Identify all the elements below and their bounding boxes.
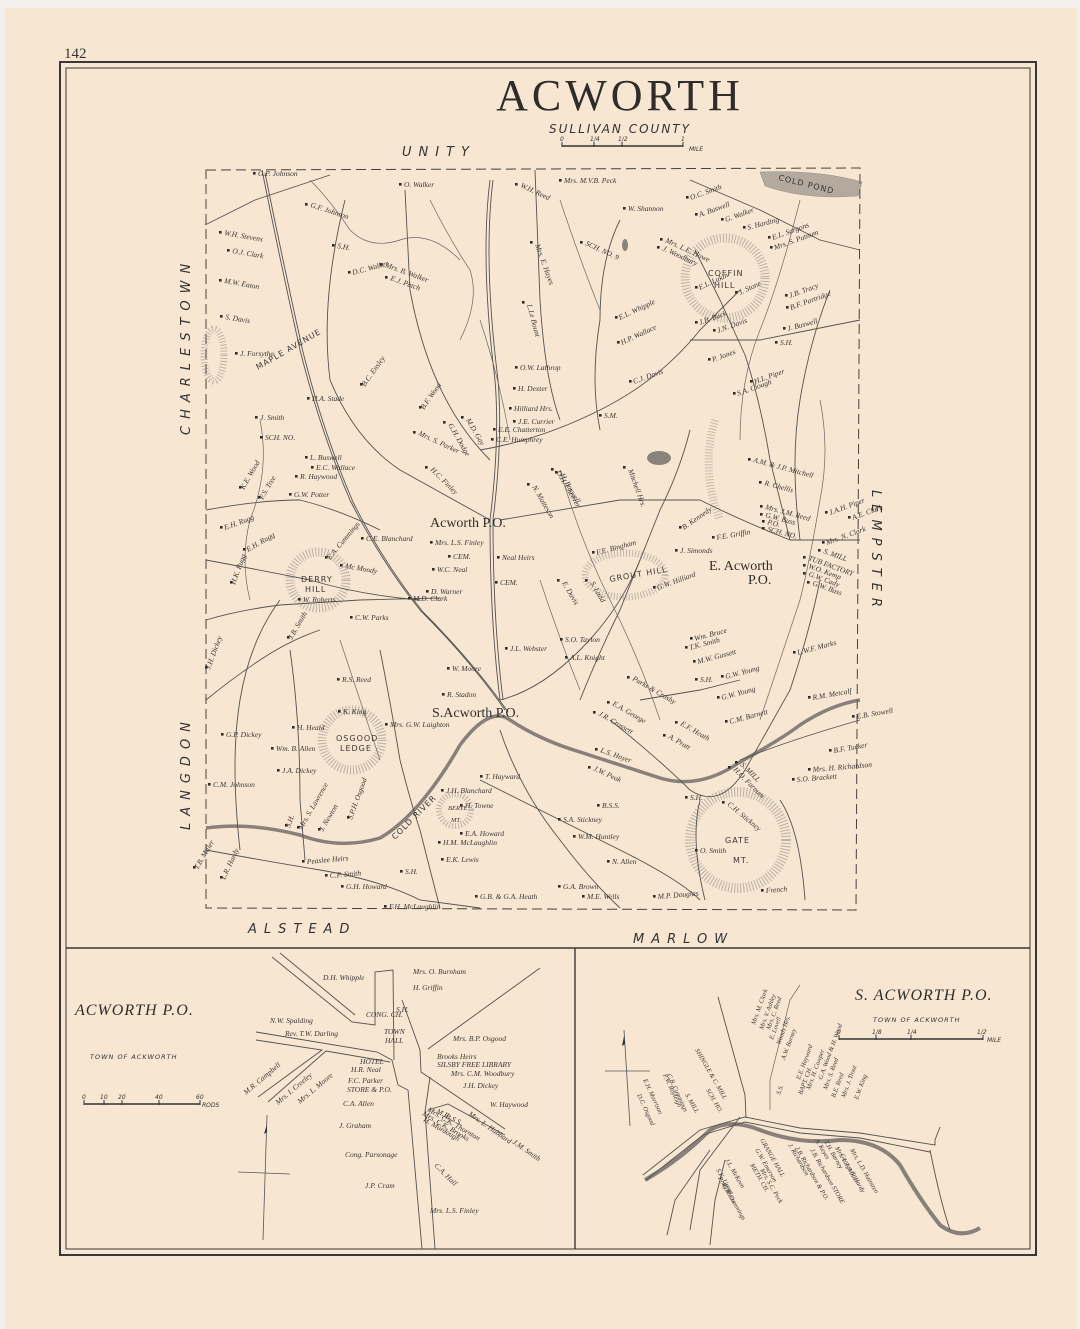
dwelling-marker <box>350 616 353 619</box>
map-canvas: 142 ACWORTH SULLIVAN COUNTY 0 1/4 1/2 1 … <box>0 0 1080 1329</box>
resident-label: French <box>764 884 787 895</box>
inset-s-acworth-subtitle: TOWN OF ACKWORTH <box>873 1016 961 1024</box>
resident-label: Neal Heirs <box>501 553 535 562</box>
dwelling-marker <box>340 564 343 567</box>
resident-label: K.E. Wood <box>237 459 261 492</box>
resident-label: H. Dexter <box>517 384 548 393</box>
dwelling-marker <box>783 327 786 330</box>
resident-label: O. Smith <box>700 846 727 855</box>
dwelling-marker <box>277 769 280 772</box>
dwelling-marker <box>461 416 464 419</box>
resident-label: F.C. Parker <box>347 1076 383 1085</box>
resident-label: G.W. Young <box>724 663 760 681</box>
resident-label: Mrs. C.M. Woodbury <box>450 1069 515 1078</box>
dwelling-marker <box>848 516 851 519</box>
dwelling-marker <box>305 456 308 459</box>
inset-s-acworth-scale: 0 1/8 1/4 1/2 MILE <box>837 1029 1001 1044</box>
resident-label: Mrs. O. Burnham <box>412 967 467 976</box>
resident-label: Mc Moody <box>344 561 379 576</box>
resident-labels: G.P. JohnsonO. WalkerW.H. ReedMrs. M.V.B… <box>192 169 894 911</box>
dwelling-marker <box>271 747 274 750</box>
dwelling-marker <box>592 551 595 554</box>
resident-label: C.A. Hall <box>433 1161 460 1188</box>
resident-label: Mrs. E. Hayes <box>533 242 557 286</box>
dwelling-marker <box>685 646 688 649</box>
dwelling-marker <box>442 693 445 696</box>
resident-label: F.E. Griffin <box>715 527 752 542</box>
dwelling-marker <box>728 766 731 769</box>
resident-label: S.H. <box>780 338 793 347</box>
dwelling-marker <box>597 804 600 807</box>
dwelling-marker <box>325 874 328 877</box>
svg-text:RODS: RODS <box>202 1102 220 1109</box>
svg-text:MT.: MT. <box>733 856 749 865</box>
resident-label: S.H. <box>283 813 296 828</box>
resident-label: E.K. Lewis <box>445 855 479 864</box>
dwelling-marker <box>721 675 724 678</box>
village-e-acworth: E. Acworth <box>709 559 773 574</box>
dwelling-marker <box>580 241 583 244</box>
dwelling-marker <box>615 316 618 319</box>
town-charlestown: CHARLESTOWN <box>179 257 194 435</box>
resident-label: P. Jones <box>710 347 737 364</box>
resident-label: S.H. <box>337 241 351 252</box>
dwelling-marker <box>338 710 341 713</box>
resident-label: T.B. Miller <box>192 838 216 871</box>
dwelling-marker <box>413 431 416 434</box>
svg-text:1/8: 1/8 <box>872 1029 882 1036</box>
dwelling-marker <box>558 818 561 821</box>
dwelling-marker <box>292 726 295 729</box>
resident-label: J.H. Dickey <box>203 634 224 671</box>
resident-label: M.P. Douglas <box>656 888 699 901</box>
dwelling-marker <box>480 775 483 778</box>
resident-label: S.M. <box>604 411 618 420</box>
resident-label: B.S.S. <box>602 801 620 810</box>
svg-text:60: 60 <box>196 1094 204 1101</box>
dwelling-marker <box>400 870 403 873</box>
inset-s-acworth-title: S. ACWORTH P.O. <box>855 987 993 1004</box>
resident-label: A. Pratt <box>666 731 693 752</box>
dwelling-marker <box>341 885 344 888</box>
dwelling-marker <box>721 218 724 221</box>
resident-label: B.C. Ensley <box>359 354 387 389</box>
resident-label: C.P. Smith <box>329 868 361 880</box>
resident-label: W. Haywood <box>490 1100 528 1109</box>
dwelling-marker <box>559 179 562 182</box>
dwelling-marker <box>515 183 518 186</box>
dwelling-marker <box>219 279 222 282</box>
dwelling-marker <box>441 858 444 861</box>
svg-text:1/4: 1/4 <box>590 136 600 143</box>
resident-label: F.E. Bingham <box>594 538 637 558</box>
resident-label: W.C. Neal <box>437 565 467 574</box>
resident-label: HALL <box>384 1036 403 1045</box>
dwelling-marker <box>513 387 516 390</box>
resident-label: C.E. Blanchard <box>366 534 413 543</box>
resident-label: G.P. Johnson <box>258 169 298 178</box>
resident-label: H.R. Neal <box>350 1065 381 1074</box>
resident-label: Mrs. M.V.B. Peck <box>563 176 617 185</box>
dwelling-marker <box>385 723 388 726</box>
resident-label: CEM. <box>453 552 471 561</box>
resident-label: SCH. NO. <box>766 524 798 541</box>
svg-text:DERRY: DERRY <box>301 575 333 584</box>
dwelling-marker <box>735 761 738 764</box>
resident-label: Hilliard Hrs. <box>513 404 553 413</box>
dwelling-marker <box>255 416 258 419</box>
svg-text:MT.: MT. <box>450 817 462 824</box>
dwelling-marker <box>573 835 576 838</box>
resident-label: J. Simonds <box>680 546 713 555</box>
resident-label: W. Shannon <box>628 204 664 213</box>
resident-label: Mrs. G.W. Laighton <box>389 720 450 729</box>
resident-label: H.C. Finley <box>428 464 460 496</box>
dwelling-marker <box>735 291 738 294</box>
town-marlow: MARLOW <box>633 932 734 947</box>
dwelling-marker <box>808 696 811 699</box>
dwelling-marker <box>695 849 698 852</box>
main-scale-bar: 0 1/4 1/2 1 MILE <box>560 136 703 153</box>
dwelling-marker <box>770 246 773 249</box>
dwelling-marker <box>822 541 825 544</box>
resident-label: G.H. Howard <box>346 882 387 891</box>
resident-label: M.W. Gussett <box>695 647 738 667</box>
resident-label: E. Davis <box>560 579 581 607</box>
resident-label: G.B. & G.A. Heath <box>480 892 538 901</box>
resident-label: C.A. Allen <box>343 1099 374 1108</box>
resident-label: SILSBY FREE LIBRARY <box>437 1060 512 1069</box>
resident-label: J.M. Smith <box>511 1137 543 1163</box>
resident-label: W. Moore <box>452 664 482 673</box>
resident-label: E.H. Rugg <box>222 513 256 533</box>
dwelling-marker <box>653 895 656 898</box>
resident-label: CEM. <box>500 578 518 587</box>
dwelling-marker <box>743 226 746 229</box>
dwelling-marker <box>712 536 715 539</box>
dwelling-marker <box>311 466 314 469</box>
dwelling-marker <box>425 466 428 469</box>
dwelling-marker <box>332 244 335 247</box>
resident-label: H. Towne <box>464 801 494 810</box>
resident-label: J.L. Webster <box>510 644 547 653</box>
dwelling-marker <box>762 520 765 523</box>
dwelling-marker <box>825 511 828 514</box>
resident-label: S.H. <box>700 675 713 684</box>
svg-text:OSGOOD: OSGOOD <box>336 734 378 743</box>
inset-s-acworth-labels: SHINGLE & C. MILLSCH. HO.S. MILLC.B. Cum… <box>635 988 880 1222</box>
dwelling-marker <box>505 647 508 650</box>
dwelling-marker <box>818 549 821 552</box>
resident-label: J. Buswell <box>786 316 818 333</box>
svg-text:MILE: MILE <box>987 1037 1001 1044</box>
dwelling-marker <box>607 860 610 863</box>
dwelling-marker <box>491 438 494 441</box>
resident-label: G.W. Potter <box>294 490 329 499</box>
resident-label: L.R. Hardy <box>218 846 241 881</box>
dwelling-marker <box>852 715 855 718</box>
dwelling-marker <box>582 895 585 898</box>
dwelling-marker <box>629 380 632 383</box>
resident-label: S.S. <box>775 1084 785 1096</box>
north-arrow <box>238 1115 290 1240</box>
dwelling-marker <box>693 660 696 663</box>
village-e-acworth-po: P.O. <box>748 573 771 588</box>
resident-label: S.P.H. Osgood <box>345 776 368 820</box>
dwelling-marker <box>588 766 591 769</box>
resident-label: TOWN <box>384 1027 406 1036</box>
dwelling-marker <box>530 241 533 244</box>
pond <box>647 451 671 465</box>
resident-label: Mrs. L.S. Finley <box>434 538 484 547</box>
resident-label: J.W. Peak <box>592 764 623 785</box>
dwelling-marker <box>361 537 364 540</box>
resident-label: O.J. Clark <box>232 246 265 260</box>
dwelling-marker <box>690 637 693 640</box>
resident-label: S.A. Stickney <box>563 815 603 824</box>
pond <box>622 239 628 251</box>
dwelling-marker <box>509 407 512 410</box>
dwelling-marker <box>513 420 516 423</box>
resident-label: H.A. Stade <box>311 394 345 403</box>
resident-label: G.P. Dickey <box>226 730 262 739</box>
resident-label: T. Hayward <box>485 772 520 781</box>
resident-label: N.W. Spalding <box>269 1016 313 1025</box>
resident-label: C.W. Parks <box>355 613 389 622</box>
resident-label: E.W. King <box>853 1073 869 1102</box>
svg-text:0: 0 <box>560 136 564 143</box>
dwelling-marker <box>807 581 810 584</box>
inset-acworth-subtitle: TOWN OF ACKWORTH <box>90 1053 178 1061</box>
resident-label: Mitchell Hrs. <box>626 467 649 509</box>
svg-text:1/4: 1/4 <box>907 1029 917 1036</box>
dwelling-marker <box>695 678 698 681</box>
resident-label: H. Heald <box>296 723 325 732</box>
resident-label: H.K. Rugg <box>228 552 248 586</box>
dwelling-marker <box>260 436 263 439</box>
dwelling-marker <box>432 568 435 571</box>
svg-text:1/2: 1/2 <box>618 136 628 143</box>
resident-label: S. Davis <box>225 312 251 325</box>
resident-label: J. Graham <box>339 1121 372 1130</box>
resident-label: D.H. Whipple <box>322 973 365 982</box>
resident-label: G.A. Brown <box>563 882 599 891</box>
resident-label: S.H. <box>396 1005 409 1014</box>
dwelling-marker <box>348 271 351 274</box>
dwelling-marker <box>607 701 610 704</box>
resident-label: L.W.F. Marks <box>795 638 837 657</box>
village-acworth-po: Acworth P.O. <box>430 516 506 531</box>
dwelling-marker <box>555 471 558 474</box>
dwelling-marker <box>623 207 626 210</box>
resident-label: E.B. Stowell <box>855 706 894 721</box>
dwelling-marker <box>722 801 725 804</box>
village-s-acworth-po: S.Acworth P.O. <box>432 706 519 721</box>
resident-label: Cong. Parsonage <box>345 1150 398 1159</box>
resident-label: H. Griffin <box>412 983 443 992</box>
svg-text:10: 10 <box>100 1094 108 1101</box>
resident-label: Mrs. N. Clark <box>824 524 868 547</box>
resident-label: J.A. Dickey <box>282 766 317 775</box>
resident-label: E.H. Rugg <box>244 530 277 554</box>
resident-label: Peaslee Heirs <box>305 853 349 866</box>
dwelling-marker <box>460 804 463 807</box>
resident-label: L. Buswell <box>309 453 342 462</box>
dwelling-marker <box>808 768 811 771</box>
dwelling-marker <box>760 505 763 508</box>
dwelling-marker <box>305 203 308 206</box>
dwelling-marker <box>785 294 788 297</box>
dwelling-marker <box>762 527 765 530</box>
dwelling-marker <box>653 586 656 589</box>
town-boundary <box>206 168 860 910</box>
resident-label: L.Le Bount <box>525 302 543 338</box>
dwelling-marker <box>759 481 762 484</box>
svg-text:GATE: GATE <box>725 836 750 845</box>
dwelling-marker <box>307 397 310 400</box>
dwelling-marker <box>760 513 763 516</box>
dwelling-marker <box>761 889 764 892</box>
inset-acworth-po: ACWORTH P.O. TOWN OF ACKWORTH 0 10 20 40… <box>74 953 543 1249</box>
resident-label: E.C. Wallace <box>315 463 356 472</box>
resident-label: SCH. NO. <box>265 433 295 442</box>
resident-label: E.A. Howard <box>464 829 504 838</box>
inset-s-acworth-po: S. ACWORTH P.O. TOWN OF ACKWORTH 0 1/8 1… <box>605 985 1001 1245</box>
dwelling-marker <box>803 564 806 567</box>
dwelling-marker <box>385 276 388 279</box>
resident-label: M.E. Wells <box>586 892 620 901</box>
dwelling-marker <box>558 885 561 888</box>
resident-label: Mrs. L.S. Finley <box>429 1206 479 1215</box>
dwelling-marker <box>713 329 716 332</box>
resident-label: B.F. Wood <box>418 381 443 411</box>
svg-text:MILE: MILE <box>689 146 703 153</box>
resident-label: B.F. Tucker <box>833 740 868 755</box>
resident-label: W.H. Stevens <box>224 228 264 244</box>
resident-label: N. Allen <box>611 857 637 866</box>
dwelling-marker <box>775 341 778 344</box>
resident-label: Mrs. L. Hubbard <box>466 1109 514 1146</box>
dwelling-marker <box>627 676 630 679</box>
dwelling-marker <box>792 778 795 781</box>
dwelling-marker <box>695 286 698 289</box>
dwelling-marker <box>515 366 518 369</box>
resident-label: M.R. Campbell <box>241 1060 283 1097</box>
resident-label: K. King <box>342 707 367 716</box>
dwelling-marker <box>557 579 560 582</box>
dwelling-marker <box>430 541 433 544</box>
dwelling-marker <box>708 358 711 361</box>
inset-acworth-title: ACWORTH P.O. <box>74 1002 194 1019</box>
resident-label: O. Walker <box>404 180 434 189</box>
cold-river-label: COLD RIVER <box>390 793 438 841</box>
resident-label: J.H. Dickey <box>463 1081 499 1090</box>
dwelling-marker <box>447 667 450 670</box>
resident-label: J.H. Blanchard <box>446 786 492 795</box>
resident-label: R.S. Reed <box>341 675 371 684</box>
dwelling-marker <box>617 341 620 344</box>
dwelling-marker <box>289 493 292 496</box>
dwelling-marker <box>384 905 387 908</box>
dwelling-marker <box>302 860 305 863</box>
town-langdon: LANGDON <box>179 715 194 830</box>
resident-label: A.M. & J.P. Mitchell <box>752 455 815 480</box>
dwelling-marker <box>497 556 500 559</box>
svg-text:40: 40 <box>155 1094 163 1101</box>
resident-label: R. Stadon <box>446 690 476 699</box>
dwelling-marker <box>695 213 698 216</box>
resident-label: O.C. Smith <box>689 182 723 202</box>
county-subtitle: SULLIVAN COUNTY <box>549 122 691 136</box>
resident-label: C.M. Barnett <box>728 707 769 726</box>
dwelling-marker <box>208 783 211 786</box>
resident-label: E.L. Whipple <box>616 297 657 323</box>
resident-label: Wm. B. Allen <box>276 744 316 753</box>
svg-text:0: 0 <box>82 1094 86 1101</box>
resident-label: Parks & Crosby <box>630 673 678 706</box>
dwelling-marker <box>220 315 223 318</box>
dwelling-marker <box>675 721 678 724</box>
dwelling-marker <box>803 556 806 559</box>
resident-label: C.E. Humphrey <box>496 435 543 444</box>
dwelling-marker <box>298 598 301 601</box>
dwelling-marker <box>733 392 736 395</box>
resident-label: C.B. Cummings <box>720 1183 747 1222</box>
dwelling-marker <box>595 748 598 751</box>
dwelling-marker <box>768 236 771 239</box>
dwelling-marker <box>717 696 720 699</box>
town-unity: UNITY <box>402 145 476 160</box>
resident-label: H.M. McLaughlin <box>442 838 497 847</box>
dwelling-marker <box>220 526 223 529</box>
resident-label: J. Newton <box>317 802 340 833</box>
dwelling-marker <box>551 468 554 471</box>
dwelling-marker <box>663 734 666 737</box>
resident-label: E.A. Cummings <box>324 520 362 563</box>
inset-acworth-labels: D.H. WhippleMrs. O. BurnhamH. GriffinCON… <box>241 967 543 1215</box>
resident-label: Mrs. B.P. Osgood <box>452 1034 506 1043</box>
dwelling-marker <box>803 572 806 575</box>
dwelling-marker <box>623 466 626 469</box>
dwelling-marker <box>443 421 446 424</box>
dwelling-marker <box>685 796 688 799</box>
resident-label: F.H. McLaughlin <box>388 902 441 911</box>
resident-label: J. Smith <box>260 413 284 422</box>
svg-text:1/2: 1/2 <box>977 1029 987 1036</box>
resident-label: S.H. <box>690 793 703 802</box>
dwelling-marker <box>221 733 224 736</box>
resident-label: E.E. Chatterton <box>497 425 546 434</box>
dwelling-marker <box>585 579 588 582</box>
resident-label: Rev. T.W. Darling <box>284 1029 338 1038</box>
resident-label: C.H. Stickney <box>726 800 764 834</box>
dwelling-marker <box>660 238 663 241</box>
svg-text:20: 20 <box>118 1094 126 1101</box>
dwelling-marker <box>219 231 222 234</box>
dwelling-marker <box>725 720 728 723</box>
dwelling-marker <box>829 749 832 752</box>
dwelling-marker <box>448 555 451 558</box>
resident-label: J.B. Smith <box>286 610 309 641</box>
resident-label: R.M. Metcalf <box>811 686 853 702</box>
resident-label: S.H. <box>405 867 418 876</box>
resident-label: STORE & P.O. <box>347 1085 392 1094</box>
dwelling-marker <box>408 597 411 600</box>
resident-label: O.W. Lathrop <box>520 363 561 372</box>
resident-label: M.W. Eaton <box>223 276 261 291</box>
resident-label: S. Harding <box>746 215 780 232</box>
resident-label: G.W. Young <box>720 684 756 702</box>
